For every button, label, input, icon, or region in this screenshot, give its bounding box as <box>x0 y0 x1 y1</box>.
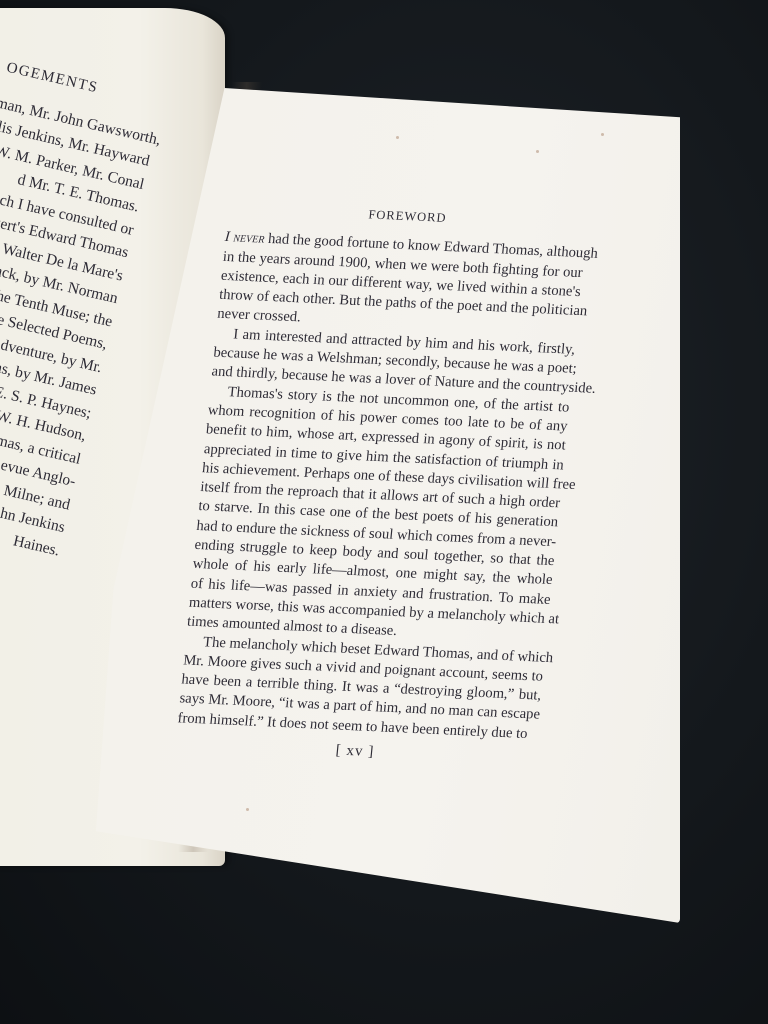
foreword-paragraph: I never had the good fortune to know Edw… <box>216 228 585 340</box>
foreword-text: FOREWORD I never had the good fortune to… <box>174 205 587 770</box>
foreword-body: I never had the good fortune to know Edw… <box>177 228 586 744</box>
foreword-paragraph: The melancholy which beset Edward Thomas… <box>177 632 546 744</box>
drop-lead-words: I never <box>224 229 265 247</box>
foxing-spot <box>396 136 399 139</box>
foxing-spot <box>246 808 249 811</box>
foxing-spot <box>601 133 604 136</box>
book-photo: OGEMENTS Freeman, Mr. John Gawsworth,Eli… <box>0 0 768 1024</box>
foreword-paragraph: Thomas's story is the not uncommon one, … <box>186 382 570 648</box>
foxing-spot <box>536 150 539 153</box>
